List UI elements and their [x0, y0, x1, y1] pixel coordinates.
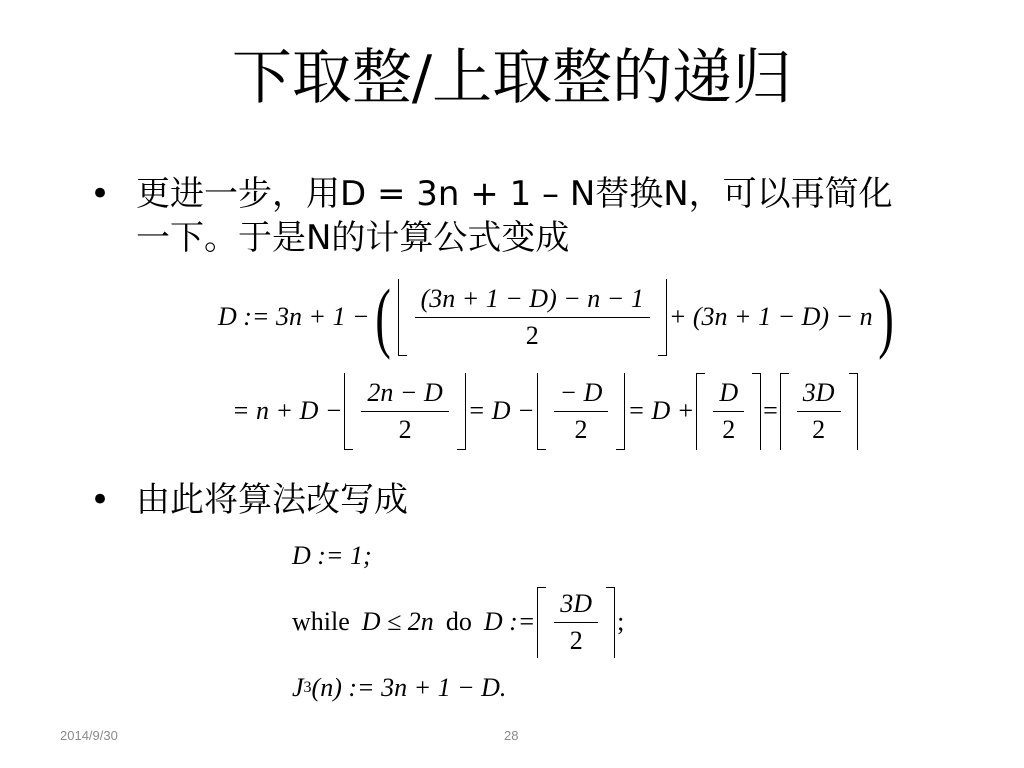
- bullet-dot: •: [90, 478, 120, 522]
- floor-right-bracket: [658, 279, 667, 356]
- eq2-frac3: D 2: [713, 378, 744, 445]
- do-keyword: do: [446, 607, 472, 637]
- J-symbol: J: [292, 673, 304, 703]
- floor-left-bracket: [537, 373, 546, 450]
- ceil-left-bracket: [537, 587, 546, 658]
- eq2-mid2: = D +: [627, 396, 694, 426]
- eq1-lhs: D := 3n + 1 −: [218, 302, 370, 332]
- eq2-f2-den: 2: [575, 412, 588, 445]
- floor-right-bracket: [457, 373, 466, 450]
- floor-left-bracket: [398, 279, 407, 356]
- eq2-f1-den: 2: [399, 412, 412, 445]
- algorithm-line-3: J3 (n) := 3n + 1 − D.: [292, 668, 506, 708]
- eq2-c1-num: D: [713, 378, 744, 412]
- eq2-frac1: 2n − D 2: [361, 378, 448, 445]
- footer-page-number: 28: [504, 728, 518, 743]
- equation-1: D := 3n + 1 − ( (3n + 1 − D) − n − 1 2 +…: [218, 276, 899, 358]
- J-formula: (n) := 3n + 1 − D.: [312, 673, 507, 703]
- ceil-left-bracket: [696, 373, 705, 450]
- eq2-frac4: 3D 2: [797, 378, 841, 445]
- ceil-right-bracket: [606, 587, 615, 658]
- floor-left-bracket: [344, 373, 353, 450]
- left-paren: (: [375, 279, 391, 355]
- while-keyword: while: [292, 607, 350, 637]
- algo-den: 2: [570, 623, 583, 656]
- eq2-mid3: =: [763, 396, 778, 426]
- eq2-f2-num: − D: [554, 378, 609, 412]
- assign: D :=: [484, 607, 535, 637]
- footer-date: 2014/9/30: [60, 728, 118, 743]
- eq2-c2-num: 3D: [797, 378, 841, 412]
- ceil-right-bracket: [752, 373, 761, 450]
- eq2-c1-den: 2: [722, 412, 735, 445]
- bullet-1-line2: 一下。于是N的计算公式变成: [136, 216, 893, 260]
- ceil-left-bracket: [780, 373, 789, 450]
- bullet-1: • 更进一步，用D = 3n + 1 – N替换N，可以再简化 一下。于是N的计…: [90, 172, 893, 260]
- bullet-2-line1: 由此将算法改写成: [136, 478, 408, 522]
- slide-title: 下取整/上取整的递归: [0, 38, 1024, 118]
- floor-right-bracket: [616, 373, 625, 450]
- bullet-1-line1: 更进一步，用D = 3n + 1 – N替换N，可以再简化: [136, 172, 893, 216]
- algorithm-line-1: D := 1;: [292, 538, 372, 574]
- while-condition: D ≤ 2n: [362, 607, 434, 637]
- algo-num: 3D: [554, 589, 598, 623]
- eq1-rest: + (3n + 1 − D) − n: [669, 302, 873, 332]
- algo-init: D := 1;: [292, 541, 372, 571]
- eq1-denominator: 2: [526, 318, 539, 351]
- equation-2: = n + D − 2n − D 2 = D − − D 2 = D + D 2…: [232, 370, 860, 452]
- bullet-dot: •: [90, 172, 120, 216]
- eq2-mid1: = D −: [468, 396, 535, 426]
- eq2-f1-num: 2n − D: [361, 378, 448, 412]
- right-paren: ): [878, 279, 894, 355]
- semicolon: ;: [617, 607, 624, 637]
- eq1-numerator: (3n + 1 − D) − n − 1: [415, 284, 650, 318]
- eq1-fraction: (3n + 1 − D) − n − 1 2: [415, 284, 650, 351]
- algorithm-line-2: while D ≤ 2n do D := 3D 2 ;: [292, 584, 624, 660]
- eq2-prefix: = n + D −: [232, 396, 342, 426]
- bullet-2: • 由此将算法改写成: [90, 478, 408, 522]
- eq2-frac2: − D 2: [554, 378, 609, 445]
- algo-fraction: 3D 2: [554, 589, 598, 656]
- eq2-c2-den: 2: [812, 412, 825, 445]
- J-subscript: 3: [304, 679, 312, 697]
- ceil-right-bracket: [849, 373, 858, 450]
